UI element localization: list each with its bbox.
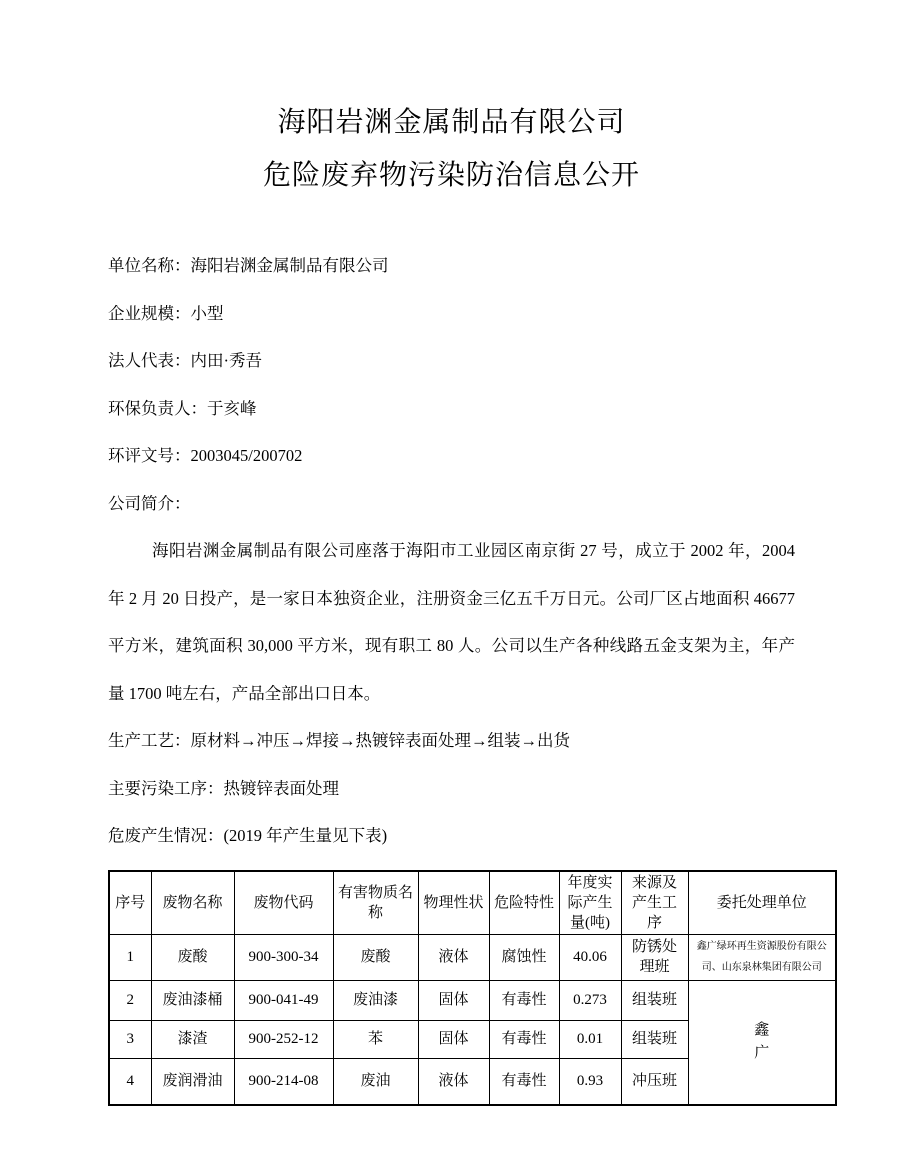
company-intro-paragraph: 海阳岩渊金属制品有限公司座落于海阳市工业园区南京街 27 号，成立于 2002 … (108, 527, 795, 717)
field-unit-name-value: 海阳岩渊金属制品有限公司 (191, 256, 389, 275)
field-enterprise-scale: 企业规模：小型 (108, 290, 795, 338)
col-header-physical-state: 物理性状 (418, 871, 489, 935)
field-legal-representative: 法人代表：内田·秀吾 (108, 337, 795, 385)
production-process-value: 原材料→冲压→焊接→热镀锌表面处理→组装→出货 (191, 731, 571, 750)
doc-title-line1: 海阳岩渊金属制品有限公司 (108, 96, 795, 149)
cell-hazardous-substance: 废酸 (333, 934, 418, 980)
cell-physical-state: 液体 (418, 1058, 489, 1105)
field-enterprise-scale-label: 企业规模： (108, 304, 191, 323)
cell-annual-amount: 0.01 (559, 1020, 621, 1058)
field-unit-name: 单位名称：海阳岩渊金属制品有限公司 (108, 242, 795, 290)
field-env-officer-value: 于亥峰 (207, 399, 257, 418)
cell-waste-code: 900-041-49 (234, 980, 333, 1020)
waste-generation-line: 危废产生情况：(2019 年产生量见下表) (108, 812, 795, 860)
cell-physical-state: 固体 (418, 980, 489, 1020)
document-content: 海阳岩渊金属制品有限公司 危险废弃物污染防治信息公开 单位名称：海阳岩渊金属制品… (108, 96, 835, 1106)
doc-body: 单位名称：海阳岩渊金属制品有限公司 企业规模：小型 法人代表：内田·秀吾 环保负… (108, 242, 795, 860)
cell-hazard-trait: 有毒性 (489, 1020, 559, 1058)
cell-source-process: 防锈处理班 (621, 934, 688, 980)
table-row: 2 废油漆桶 900-041-49 废油漆 固体 有毒性 0.273 组装班 鑫… (109, 980, 836, 1020)
consignee-partial-line1: 鑫 (693, 1019, 832, 1042)
waste-generation-value: (2019 年产生量见下表) (224, 826, 388, 845)
cell-seq: 3 (109, 1020, 151, 1058)
pollution-process-value: 热镀锌表面处理 (224, 779, 340, 798)
col-header-hazard-trait: 危险特性 (489, 871, 559, 935)
cell-waste-name: 废润滑油 (151, 1058, 234, 1105)
field-env-officer-label: 环保负责人： (108, 399, 207, 418)
cell-annual-amount: 40.06 (559, 934, 621, 980)
col-header-annual-amount: 年度实际产生量(吨) (559, 871, 621, 935)
cell-source-process: 组装班 (621, 980, 688, 1020)
cell-seq: 1 (109, 934, 151, 980)
field-enterprise-scale-value: 小型 (191, 304, 224, 323)
pollution-process-line: 主要污染工序：热镀锌表面处理 (108, 765, 795, 813)
consignee-partial-line2: 广 (693, 1042, 832, 1065)
cell-annual-amount: 0.273 (559, 980, 621, 1020)
col-header-source-process: 来源及产生工序 (621, 871, 688, 935)
field-eia-number-value: 2003045/200702 (191, 446, 303, 465)
field-env-officer: 环保负责人：于亥峰 (108, 385, 795, 433)
cell-source-process: 冲压班 (621, 1058, 688, 1105)
col-header-hazardous-substance: 有害物质名称 (333, 871, 418, 935)
pollution-process-label: 主要污染工序： (108, 779, 224, 798)
document-page: 海阳岩渊金属制品有限公司 危险废弃物污染防治信息公开 单位名称：海阳岩渊金属制品… (0, 0, 902, 1153)
cell-hazard-trait: 腐蚀性 (489, 934, 559, 980)
cell-hazard-trait: 有毒性 (489, 980, 559, 1020)
doc-title: 海阳岩渊金属制品有限公司 危险废弃物污染防治信息公开 (108, 96, 795, 202)
cell-consignee: 鑫广绿环再生资源股份有限公司、山东泉林集团有限公司 (688, 934, 836, 980)
cell-hazardous-substance: 废油 (333, 1058, 418, 1105)
waste-generation-label: 危废产生情况： (108, 826, 224, 845)
field-eia-number: 环评文号：2003045/200702 (108, 432, 795, 480)
cell-hazardous-substance: 废油漆 (333, 980, 418, 1020)
col-header-waste-code: 废物代码 (234, 871, 333, 935)
col-header-waste-name: 废物名称 (151, 871, 234, 935)
table-row: 1 废酸 900-300-34 废酸 液体 腐蚀性 40.06 防锈处理班 鑫广… (109, 934, 836, 980)
field-legal-representative-value: 内田·秀吾 (191, 351, 263, 370)
cell-annual-amount: 0.93 (559, 1058, 621, 1105)
table-header-row: 序号 废物名称 废物代码 有害物质名称 物理性状 危险特性 年度实际产生量(吨)… (109, 871, 836, 935)
production-process-line: 生产工艺：原材料→冲压→焊接→热镀锌表面处理→组装→出货 (108, 717, 795, 765)
cell-waste-code: 900-300-34 (234, 934, 333, 980)
cell-hazardous-substance: 苯 (333, 1020, 418, 1058)
cell-waste-name: 废油漆桶 (151, 980, 234, 1020)
field-legal-representative-label: 法人代表： (108, 351, 191, 370)
cell-physical-state: 固体 (418, 1020, 489, 1058)
cell-consignee-merged: 鑫 广 (688, 980, 836, 1105)
production-process-label: 生产工艺： (108, 731, 191, 750)
cell-seq: 4 (109, 1058, 151, 1105)
col-header-seq: 序号 (109, 871, 151, 935)
field-eia-number-label: 环评文号： (108, 446, 191, 465)
doc-title-line2: 危险废弃物污染防治信息公开 (108, 149, 795, 202)
cell-waste-name: 废酸 (151, 934, 234, 980)
hazardous-waste-table: 序号 废物名称 废物代码 有害物质名称 物理性状 危险特性 年度实际产生量(吨)… (108, 870, 837, 1107)
cell-physical-state: 液体 (418, 934, 489, 980)
col-header-consignee: 委托处理单位 (688, 871, 836, 935)
cell-waste-code: 900-252-12 (234, 1020, 333, 1058)
intro-section-label: 公司简介： (108, 480, 795, 528)
cell-waste-name: 漆渣 (151, 1020, 234, 1058)
cell-seq: 2 (109, 980, 151, 1020)
field-unit-name-label: 单位名称： (108, 256, 191, 275)
cell-source-process: 组装班 (621, 1020, 688, 1058)
cell-hazard-trait: 有毒性 (489, 1058, 559, 1105)
cell-waste-code: 900-214-08 (234, 1058, 333, 1105)
